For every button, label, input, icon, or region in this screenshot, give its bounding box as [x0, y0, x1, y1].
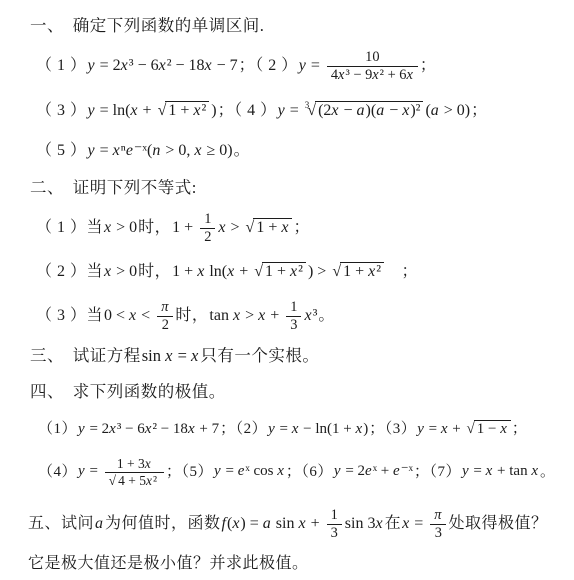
page: { "page": { "background_color": "#ffffff… [0, 0, 574, 580]
line-content: 五、试问a为何值时，函数f(x) = a sin x + 13sin 3x在x … [28, 507, 547, 542]
math-run: (2x − a)(a − x)² [318, 102, 420, 119]
math-run: y = ln(x + [88, 102, 156, 119]
fraction: 104x³ − 9x² + 6x [327, 49, 418, 84]
math-run: x > [218, 219, 243, 236]
text-run: 。 [318, 307, 335, 324]
text-run: 三、 试证方程 [30, 346, 141, 365]
math-run: 1 + 3x [117, 456, 152, 471]
section-1-items-1-2: （ 1 ）y = 2x³ − 6x² − 18x − 7；（ 2 ）y = 10… [36, 44, 574, 88]
text-run: 为何值时，函数 [105, 515, 221, 532]
radical: √1 + x² [158, 102, 210, 119]
math-run: 1 + x² [343, 263, 381, 280]
section-4-items-1-3: （1）y = 2x³ − 6x² − 18x + 7；（2）y = x − ln… [38, 410, 574, 448]
text-run: ； [512, 421, 528, 437]
text-run: ； [239, 57, 256, 74]
fraction: 13 [327, 507, 342, 542]
section-4-title: 四、 求下列函数的极值。 [30, 374, 574, 410]
math-worksheet-document: 一、 确定下列函数的单调区间.（ 1 ）y = 2x³ − 6x² − 18x … [0, 0, 574, 580]
math-run: 1 [290, 299, 297, 315]
text-run: 时， [138, 263, 171, 280]
text-run: 四、 求下列函数的极值。 [30, 382, 226, 401]
text-run: （6） [301, 463, 333, 479]
section-1-items-3-4: （ 3 ）y = ln(x + √1 + x²)；（ 4 ）y = 3√(2x … [36, 88, 574, 132]
section-4-items-4-7: （4）y = 1 + 3x√4 + 5x²；（5）y = eˣ cos x；（6… [38, 448, 574, 496]
line-content: 三、 试证方程sin x = x只有一个实根。 [30, 346, 319, 367]
math-run: 0 < x < [104, 307, 154, 324]
section-5-line-1: 五、试问a为何值时，函数f(x) = a sin x + 13sin 3x在x … [28, 500, 574, 548]
text-run: ； [286, 463, 302, 479]
text-run: ； [369, 421, 385, 437]
radical: √1 + x² [332, 263, 384, 280]
radical-content: 1 − x [474, 420, 511, 437]
text-run: ； [471, 102, 488, 119]
text-run: 时， [175, 307, 208, 324]
text-run: ； [218, 102, 235, 119]
math-run: 3 [435, 525, 442, 541]
radical-content: 4 + 5x² [115, 472, 160, 488]
radical: √1 + x [246, 219, 293, 236]
radical-content: 1 + x² [165, 101, 209, 119]
radical-content: 1 + x² [262, 262, 306, 280]
text-run: ； [293, 219, 310, 236]
math-run: sin 3x [345, 515, 384, 532]
fraction-denominator: 2 [157, 316, 173, 334]
section-2-item-2: （ 2 ）当x > 0时，1 + x ln(x + √1 + x²) > √1 … [36, 250, 574, 294]
fraction-numerator: 1 [327, 507, 342, 524]
radical: √1 + x² [254, 263, 306, 280]
text-run: 时， [138, 219, 171, 236]
math-run: 1 + x² [265, 263, 303, 280]
fraction: 1 + 3x√4 + 5x² [105, 456, 164, 489]
line-content: （4）y = 1 + 3x√4 + 5x²；（5）y = eˣ cos x；（6… [38, 456, 556, 489]
fraction-numerator: 1 [200, 211, 215, 228]
text-run: 处取得极值？ [448, 515, 547, 532]
line-content: （1）y = 2x³ − 6x² − 18x + 7；（2）y = x − ln… [38, 420, 527, 439]
math-run: y = x + tan x [462, 463, 539, 479]
fraction: π2 [157, 299, 173, 334]
radical-content: (2x − a)(a − x)² [315, 101, 423, 119]
math-run: y = [278, 102, 303, 119]
section-2-item-1: （ 1 ）当x > 0时，1 + 12x > √1 + x； [36, 206, 574, 250]
text-run: ； [385, 263, 418, 280]
text-run: （2） [236, 421, 268, 437]
math-run: a [95, 515, 104, 532]
text-run: （ 2 ）当 [36, 263, 103, 280]
line-content: （ 1 ）当x > 0时，1 + 12x > √1 + x； [36, 211, 310, 246]
fraction-denominator: 4x³ − 9x² + 6x [327, 66, 418, 84]
math-run: y = eˣ cos x [214, 463, 285, 479]
text-run: ； [220, 421, 236, 437]
math-run: y = 2eˣ + e⁻ˣ [334, 463, 413, 479]
math-run: π [161, 299, 169, 315]
math-run: 10 [365, 49, 379, 65]
math-run: π [434, 507, 442, 523]
text-run: （1） [38, 421, 77, 437]
fraction-denominator: 3 [430, 524, 446, 542]
fraction-numerator: 1 + 3x [105, 456, 164, 472]
text-run: （4） [38, 463, 77, 479]
math-run: 3 [290, 317, 297, 333]
math-run: 1 − x [477, 421, 508, 437]
radical: √4 + 5x² [109, 473, 160, 488]
math-run: y = [78, 463, 102, 479]
fraction: π3 [430, 507, 446, 542]
line-content: （ 5 ）y = xⁿe⁻ˣ(n > 0, x ≥ 0)。 [36, 141, 250, 161]
math-run: x > 0 [104, 263, 137, 280]
math-run: sin x = x [142, 346, 200, 365]
radical: √1 − x [467, 421, 511, 437]
text-run: （ 5 ） [36, 142, 87, 159]
text-run: 在 [385, 515, 402, 532]
math-run: 1 + x² [168, 102, 206, 119]
fraction: 13 [286, 299, 301, 334]
line-content: （ 3 ）当0 < x < π2时，tan x > x + 13x³。 [36, 299, 335, 334]
math-run: 1 [204, 211, 211, 227]
line-content: 四、 求下列函数的极值。 [30, 382, 226, 403]
fraction-numerator: 10 [327, 49, 418, 66]
text-run: 一、 确定下列函数的单调区间. [30, 16, 264, 35]
fraction-denominator: 2 [200, 228, 215, 246]
text-run: ； [414, 463, 430, 479]
math-run: f(x) = a sin x + [222, 515, 324, 532]
math-run: y = [299, 57, 324, 74]
line-content: 一、 确定下列函数的单调区间. [30, 16, 264, 37]
text-run: 。 [234, 142, 251, 159]
text-run: 二、 证明下列不等式: [30, 178, 197, 197]
line-content: （ 2 ）当x > 0时，1 + x ln(x + √1 + x²) > √1 … [36, 262, 418, 282]
math-run: tan x > x + [209, 307, 283, 324]
text-run: （ 4 ） [234, 102, 277, 119]
text-run: （5） [182, 463, 214, 479]
math-run: x³ [304, 307, 317, 324]
text-run: （ 1 ）当 [36, 219, 103, 236]
math-run: y = xⁿe⁻ˣ(n > 0, x ≥ 0) [88, 142, 233, 159]
text-run: （ 3 ）当 [36, 307, 103, 324]
math-run: (a > 0) [425, 102, 470, 119]
text-run: （7） [429, 463, 461, 479]
line-content: （ 3 ）y = ln(x + √1 + x²)；（ 4 ）y = 3√(2x … [36, 100, 488, 121]
math-run: 3 [331, 525, 338, 541]
section-2-item-3: （ 3 ）当0 < x < π2时，tan x > x + 13x³。 [36, 294, 574, 338]
math-run: y = 2x³ − 6x² − 18x − 7 [88, 57, 238, 74]
math-run: 1 [331, 507, 338, 523]
text-run: 只有一个实根。 [200, 346, 319, 365]
line-content: 它是极大值还是极小值？并求此极值。 [28, 554, 309, 574]
section-3-line: 三、 试证方程sin x = x只有一个实根。 [30, 338, 574, 374]
radical: 3√(2x − a)(a − x)² [305, 102, 424, 119]
math-run: 1 + x [256, 219, 289, 236]
text-run: （3） [385, 421, 417, 437]
text-run: 。 [540, 463, 556, 479]
text-run: ； [166, 463, 182, 479]
math-run: 1 + x ln(x + [172, 263, 252, 280]
fraction: 12 [200, 211, 215, 246]
text-run: 它是极大值还是极小值？并求此极值。 [28, 555, 309, 572]
math-run: x = [402, 515, 427, 532]
fraction-numerator: π [157, 299, 173, 316]
section-2-title: 二、 证明下列不等式: [30, 170, 574, 206]
text-run: 五、试问 [28, 515, 94, 532]
math-run: 4 + 5x² [118, 473, 157, 488]
math-run: 1 + [172, 219, 197, 236]
text-run: （ 3 ） [36, 102, 87, 119]
fraction-denominator: 3 [286, 316, 301, 334]
line-content: 二、 证明下列不等式: [30, 178, 197, 199]
fraction-numerator: 1 [286, 299, 301, 316]
math-run: y = x + [417, 421, 464, 437]
fraction-denominator: √4 + 5x² [105, 472, 164, 489]
fraction-numerator: π [430, 507, 446, 524]
math-run: ) [211, 102, 216, 119]
math-run: 4x³ − 9x² + 6x [331, 67, 414, 83]
math-run: 2 [162, 317, 169, 333]
radical-content: 1 + x [253, 218, 292, 236]
math-run: y = x − ln(1 + x) [268, 421, 368, 437]
math-run: x > 0 [104, 219, 137, 236]
section-5-line-2: 它是极大值还是极小值？并求此极值。 [28, 548, 574, 580]
fraction-denominator: 3 [327, 524, 342, 542]
line-content: （ 1 ）y = 2x³ − 6x² − 18x − 7；（ 2 ）y = 10… [36, 49, 436, 84]
text-run: （ 1 ） [36, 57, 87, 74]
text-run: ； [420, 57, 437, 74]
section-1-item-5: （ 5 ）y = xⁿe⁻ˣ(n > 0, x ≥ 0)。 [36, 132, 574, 170]
math-run: 2 [204, 229, 211, 245]
section-1-title: 一、 确定下列函数的单调区间. [30, 8, 574, 44]
math-run: y = 2x³ − 6x² − 18x + 7 [78, 421, 219, 437]
radical-content: 1 + x² [340, 262, 384, 280]
text-run: （ 2 ） [255, 57, 298, 74]
math-run: ) > [308, 263, 330, 280]
